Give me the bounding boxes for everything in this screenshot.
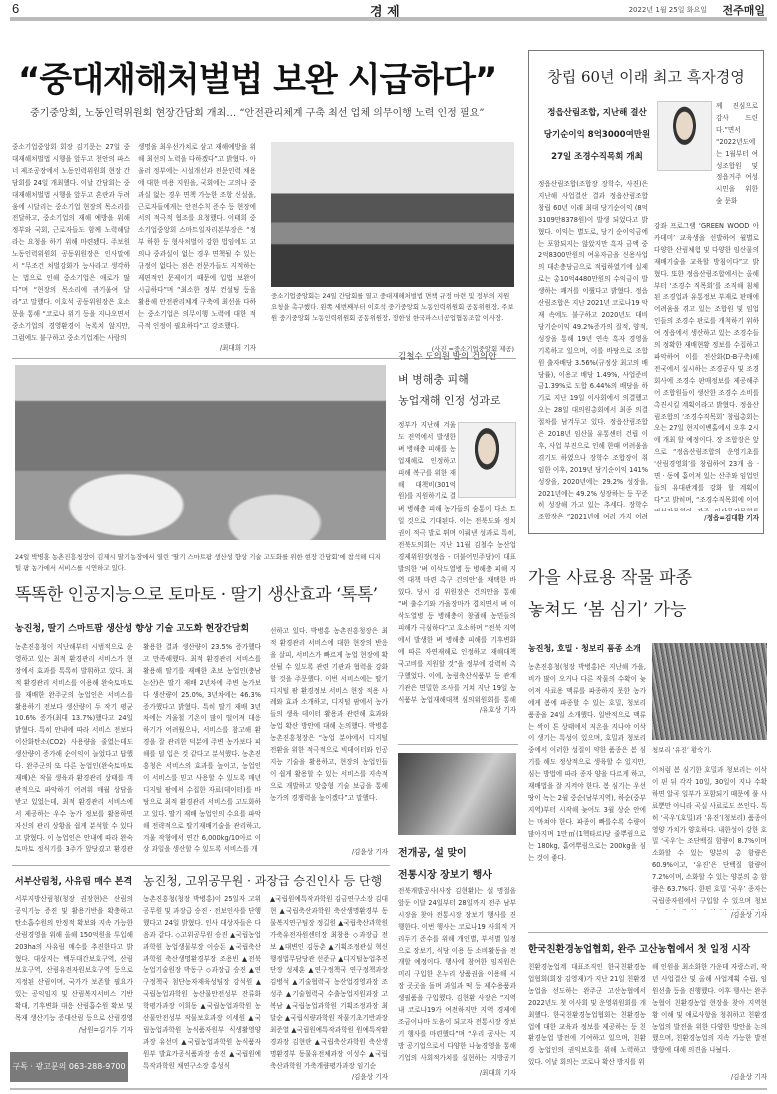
strawberry-body-col1: 농촌진흥청이 지난해부터 시범적으로 운영하고 있는 최적 환경관리 서비스가 … [15,642,133,857]
strawberry-byline: /김윤상 기자 [270,847,388,859]
strawberry-body-col2: 활용한 결과 생산량이 23.5% 증가했다고 만족해했다. 최적 환경관리 서… [143,642,261,857]
divider [12,865,390,866]
page-number: 6 [12,1,19,16]
box-body-col1: 정읍산림조합(조합장 장학수, 사진)은 지난해 사업결산 결과 정읍산림조합 … [538,179,648,519]
market-body: 전북개발공사(사장 김현환)는 설 명절을 앞둔 이달 24일부터 28일까지 … [398,886,516,1066]
farm-headline-2: 농업재해 인정 성과로 [398,392,523,408]
farm-body: 벼 병해충 피해 농가들의 숨통이 다소 트일 것으로 기대된다. 이는 전북도… [398,504,516,704]
box-subtitle-3: 27일 조경수직목회 개최 [538,147,656,167]
forage-headline-2: 놓쳐도 ‘봄 심기’ 가능 [528,598,768,622]
subscription-ad: 구독 · 광고문의 063-288-9700 [10,1052,128,1082]
eco-headline: 한국친환경농업협회, 완주 고산농협에서 첫 일정 시작 [528,941,750,955]
divider [398,744,518,745]
forage-byline: /김윤상 기자 [652,910,767,922]
box-byline: /정읍=김대환 기자 [654,513,759,525]
strawberry-farm-photo [15,365,386,540]
chairman-portrait [657,101,712,171]
strawberry-subhead: 농진청, 딸기 스마트팜 생산성 향상 기술 고도화 현장간담회 [15,621,249,634]
lead-headline: “중대재해처벌법 보완 시급하다” [18,52,496,101]
divider [528,932,768,933]
box-body-col2: 강좌 프로그램 ‘GREEN WOOD 아카데미’ 교육생을 선발하여 월별로 … [654,221,759,511]
personnel-body-col1: 농촌진흥청(청장 박병홍)이 25일자 고위공무원 및 과장급 승진 · 전보인… [143,894,261,1084]
strawberry-photo-caption: 24일 박병홍 농촌진흥청장이 김제시 딸기농장에서 열린 ‘딸기 스마트팜 생… [15,552,386,576]
eco-byline: /김윤상 기자 [652,1072,767,1084]
strawberry-body-col3: 선하고 있다. 박병홍 농촌진흥청장은 최적 환경관리 서비스에 대한 현장의 … [270,626,388,848]
lead-body-col2: 생명을 최우선가치로 삼고 재해예방을 위해 최선의 노력을 다하겠다”고 밝혔… [138,142,256,338]
market-headline-2: 전통시장 장보기 행사 [398,866,516,881]
market-byline: /최대희 기자 [398,1068,516,1080]
market-headline-1: 전개공, 설 맞이 [398,844,516,859]
forage-photo-caption: 청보리 ‘유진’ 황숙기. [652,745,767,756]
box-body-col2-top: 께 진심으로 감사 드린다.”면서 “2022년도에는 1월부터 여성조합원 및… [716,101,758,219]
barley-field-photo [652,643,767,740]
box-title: 창립 60년 이래 최고 흑자경영 [529,66,763,87]
paper-name: 전주매일 [722,2,765,18]
farm-byline: /유호상 기자 [398,705,516,717]
footer-rule [10,1088,767,1090]
masthead-rule [10,17,767,21]
farm-headline-1: 벼 병해충 피해 [398,371,518,387]
assemblyman-portrait [458,422,516,498]
personnel-headline: 농진청, 고위공무원 · 과장급 승진인사 등 단행 [143,872,382,889]
market-photo [398,753,516,835]
farm-body-top: 정부가 지난해 겨울도 전역에서 발생한 벼 병해충 피해를 농업재해로 인정하… [398,420,456,503]
personnel-body-col2: ▲국립원예특작과학원 김금연구소장 김대현 ▲국립축산과학원 축산생명환경부 동… [270,894,388,1072]
meeting-photo [271,142,514,287]
forest-byline: /남원=김기두 기자 [15,1025,133,1037]
forest-headline: 서부산림청, 사유림 매수 본격 [15,874,133,887]
box-subtitle-2: 당기순이익 8억3000여만원 [538,125,656,145]
eco-body-col2: 해 인원을 최소화한 가운데 자랑스러, 작년 사업결산 및 올해 사업계획 수… [652,962,767,1072]
box-subtitle-1: 정읍산림조합, 지난해 결산 [538,103,656,123]
forage-body-col2: 이처럼 봄 심기한 호밀과 청보리는 이삭이 핀 뒤 각각 10일, 30일이 … [652,765,767,910]
masthead: 6 경 제 2022년 1월 25일 화요일 전주매일 [10,0,767,18]
issue-date: 2022년 1월 25일 화요일 [629,5,707,15]
forest-body: 서부지방산림청(청장 권장현)은 산림의 공익기능 증진 및 활용기반을 확충하… [15,894,133,1024]
lead-subhead: 중기중앙회, 노동인력위원회 현장간담회 개최… “안전관리체계 구축 최선 업… [30,104,484,119]
lead-byline: /최대희 기자 [138,343,256,355]
strawberry-headline: 똑똑한 인공지능으로 토마토 · 딸기 생산효과 ‘톡톡’ [15,580,378,605]
personnel-byline: /김윤상 기자 [270,1072,388,1084]
lead-body-col1: 중소기업중앙회 회장 김기문는 27일 중대재해처벌법 시행을 앞두고 천안의 … [12,142,130,352]
eco-body-col1: 친환경농업계 대표조직인 한국친환경농업협회(회장 김영재)가 지난 21일 친… [528,962,646,1072]
featured-box: 창립 60년 이래 최고 흑자경영 정읍산림조합, 지난해 결산 당기순이익 8… [528,50,764,534]
lead-photo-caption: 중소기업중앙회는 24일 간담회를 열고 중대재해처벌법 면책 규정 마련 및 … [271,291,514,335]
forage-body-col1: 농촌진흥청(청장 박병홍)은 지난해 가을, 비가 많이 오거나 다른 작물의 … [528,662,646,912]
forage-headline-1: 가을 사료용 작물 파종 [528,566,768,590]
farm-kicker: 김철수 도의원 발의 건의안 [398,350,518,362]
forage-subhead: 농진청, 호밀 · 청보리 품종 소개 [528,643,648,654]
